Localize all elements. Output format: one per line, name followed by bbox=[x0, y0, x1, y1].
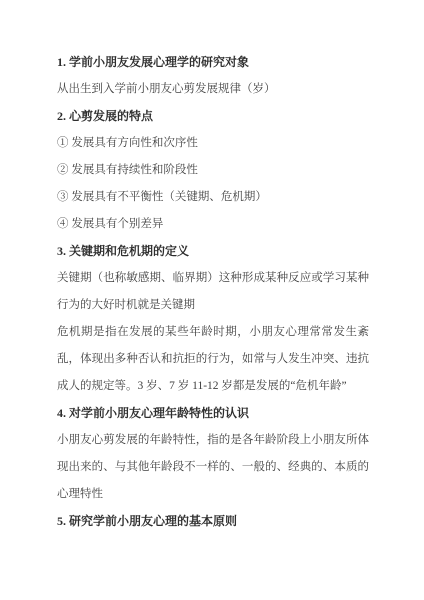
text-line: 小朋友心剪发展的年龄特性，指的是各年龄阶段上小朋友所体 bbox=[57, 427, 369, 454]
text-line: 关键期（也称敏感期、临界期）这种形成某种反应或学习某种 bbox=[57, 265, 369, 292]
list-item-3: ③ 发展具有不平衡性（关键期、危机期） bbox=[57, 184, 369, 211]
text-line: 成人的规定等。3 岁、7 岁 11-12 岁都是发展的“危机年龄” bbox=[57, 373, 369, 400]
document-page: 1. 学前小朋友发展心理学的研究对象 从出生到入学前小朋友心剪发展规律（岁） 2… bbox=[0, 0, 424, 600]
section-1-heading: 1. 学前小朋友发展心理学的研究对象 bbox=[57, 49, 369, 76]
text-line: 危机期是指在发展的某些年龄时期，小朋友心理常常发生紊 bbox=[57, 319, 369, 346]
list-item-4: ④ 发展具有个别差异 bbox=[57, 211, 369, 238]
section-5-heading: 5. 研究学前小朋友心理的基本原则 bbox=[57, 508, 369, 535]
text-line: 行为的大好时机就是关键期 bbox=[57, 292, 369, 319]
text-line: 从出生到入学前小朋友心剪发展规律（岁） bbox=[57, 76, 369, 103]
section-3-heading: 3. 关键期和危机期的定义 bbox=[57, 238, 369, 265]
text-line: 乱，体现出多种否认和抗拒的行为，如常与人发生冲突、违抗 bbox=[57, 346, 369, 373]
section-2-heading: 2. 心剪发展的特点 bbox=[57, 103, 369, 130]
text-line: 现出来的、与其他年龄段不一样的、一般的、经典的、本质的 bbox=[57, 454, 369, 481]
list-item-2: ② 发展具有持续性和阶段性 bbox=[57, 157, 369, 184]
list-item-1: ① 发展具有方向性和次序性 bbox=[57, 130, 369, 157]
text-line: 心理特性 bbox=[57, 481, 369, 508]
section-4-heading: 4. 对学前小朋友心理年龄特性的认识 bbox=[57, 400, 369, 427]
